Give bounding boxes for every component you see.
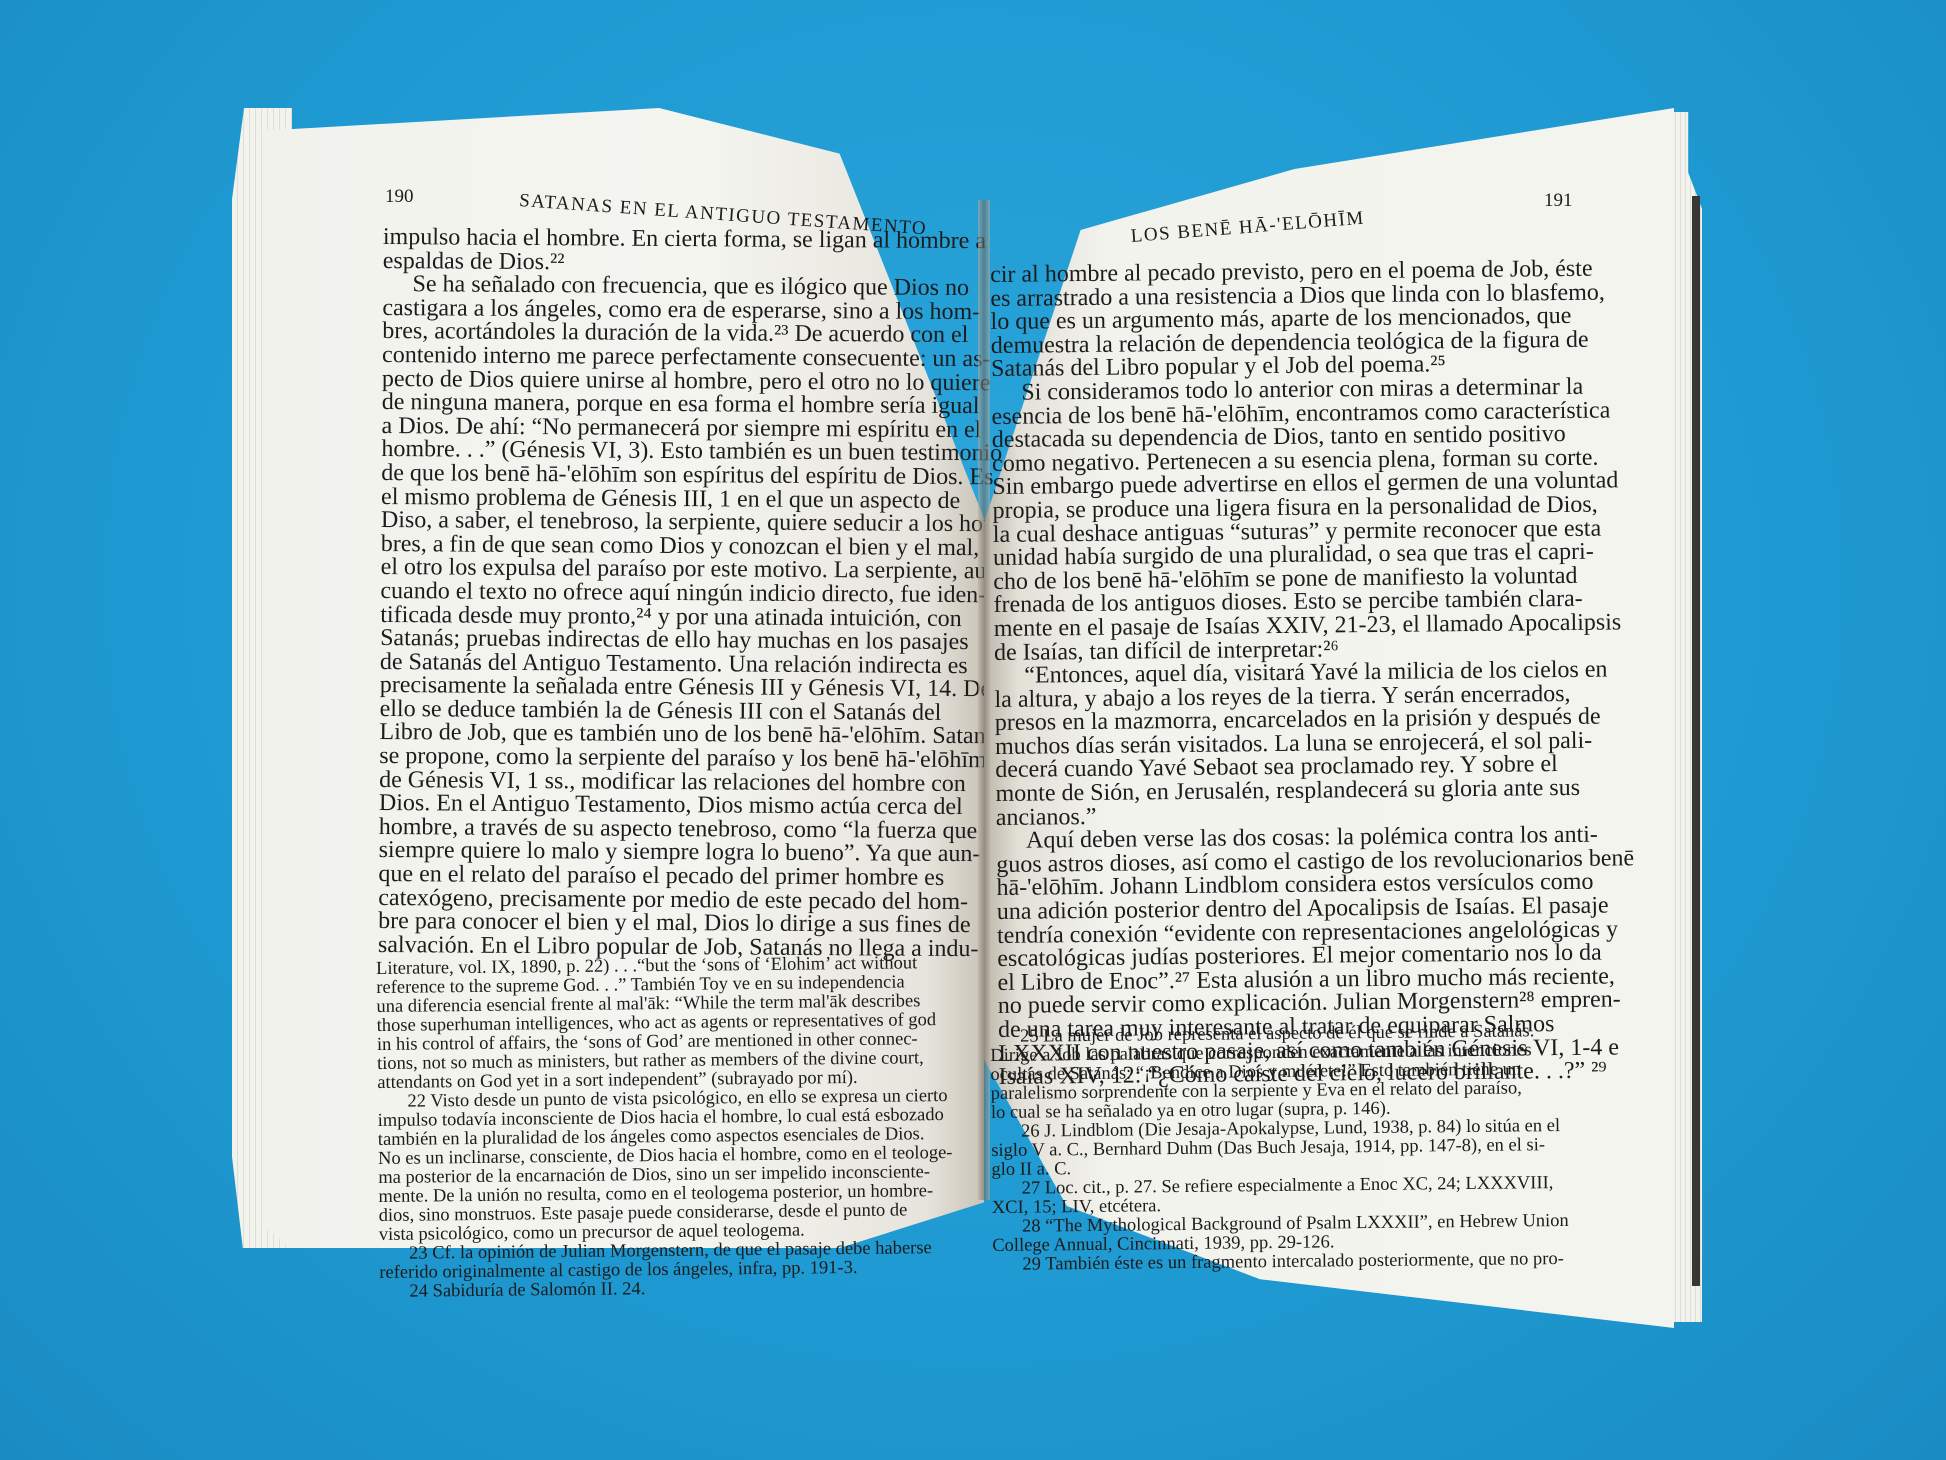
left-page-number: 190 — [385, 186, 414, 208]
footnote-line: 24 Sabiduría de Salomón II. 24. — [379, 1277, 954, 1302]
open-book: 190 SATANAS EN EL ANTIGUO TESTAMENTO imp… — [0, 0, 1946, 1460]
book-cover-edge — [1692, 196, 1700, 1286]
right-body-text: cir al hombre al pecado previsto, pero e… — [990, 257, 1636, 1089]
left-body-text: impulso hacia el hombre. En cierta forma… — [378, 226, 1012, 962]
book-gutter — [978, 200, 990, 1200]
left-footnotes: Literature, vol. IX, 1890, p. 22) . . .“… — [376, 954, 954, 1302]
right-page-number: 191 — [1544, 190, 1573, 212]
right-footnotes: 25 La mujer de Job representa el aspecto… — [990, 1022, 1569, 1275]
